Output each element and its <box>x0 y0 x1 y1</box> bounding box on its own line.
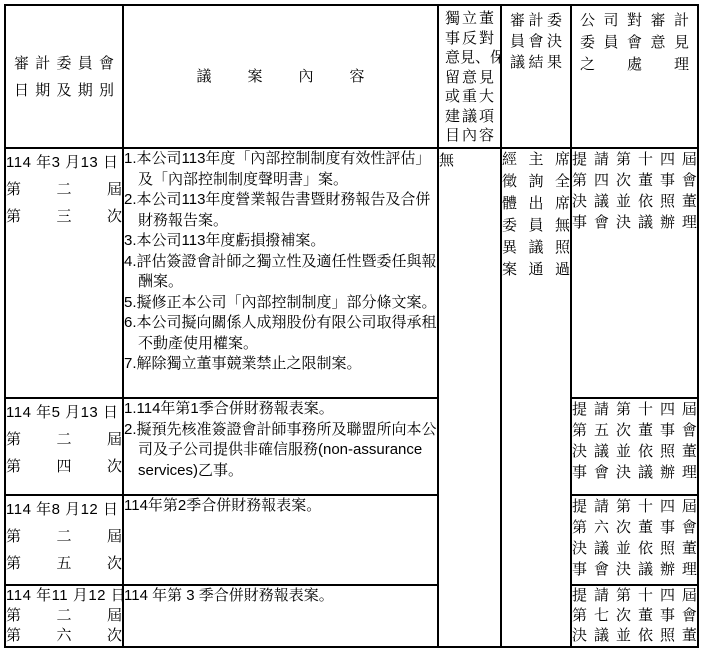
header-line: 或重大 <box>445 87 494 107</box>
meeting-term: 第二屆 <box>6 176 122 203</box>
header-line: 之處理 <box>580 54 689 76</box>
document-page: 審計委員會 日期及期別 議案內容 獨立董事反對意見、保留意見或重大建議項目內容 … <box>0 4 701 658</box>
handling-line: 事會決議辦理 <box>572 559 697 580</box>
meeting-session: 第五次 <box>6 550 122 577</box>
header-row: 審計委員會 日期及期別 議案內容 獨立董事反對意見、保留意見或重大建議項目內容 … <box>5 5 698 148</box>
audit-committee-table: 審計委員會 日期及期別 議案內容 獨立董事反對意見、保留意見或重大建議項目內容 … <box>4 4 699 648</box>
header-meeting-date-term: 審計委員會 日期及期別 <box>5 5 123 148</box>
handling-line: 事會決議辦理 <box>572 462 697 483</box>
handling-line: 第四次董事會 <box>572 170 697 191</box>
header-committee-resolution: 審計委員會決議結果 <box>501 5 571 148</box>
meeting-session: 第六次 <box>6 626 122 646</box>
header-line: 意見、保 <box>445 48 494 68</box>
resolution-line: 體出席 <box>502 193 570 215</box>
company-handling-cell: 提請第十四屆第六次董事會決議並依照董事會決議辦理 <box>571 495 698 585</box>
handling-line: 第七次董事會 <box>572 606 697 626</box>
header-line: 日期及期別 <box>14 77 114 104</box>
header-date-term-text: 審計委員會 日期及期別 <box>6 50 122 104</box>
meeting-row: 114 年8 月12 日 第二屆 第五次 114年第2季合併財務報表案。 提請第… <box>5 495 698 585</box>
resolution-line: 委員無 <box>502 215 570 237</box>
resolution-line: 徵詢全 <box>502 171 570 193</box>
independent-director-opinion-cell: 無 <box>438 148 501 647</box>
handling-line: 提請第十四屆 <box>572 399 697 420</box>
meeting-date: 114 年3 月13 日 <box>6 149 122 176</box>
agenda-item: 5.擬修正本公司「內部控制制度」部分條文案。 <box>124 293 437 314</box>
agenda-item: 2.擬預先核准簽證會計師事務所及聯盟所向本公司及子公司提供非確信服務(non-a… <box>124 420 437 482</box>
resolution-line: 異議照 <box>502 237 570 259</box>
header-line: 審計委員會 <box>14 50 114 77</box>
header-line: 獨立董 <box>445 9 494 29</box>
agenda-item: 3.本公司113年度虧損撥補案。 <box>124 231 437 252</box>
opinion-text: 無 <box>439 149 500 170</box>
handling-line: 事會決議辦理 <box>572 212 697 233</box>
agenda-item: 1.本公司113年度「內部控制制度有效性評估」及「內部控制制度聲明書」案。 <box>124 149 437 190</box>
meeting-date: 114 年8 月12 日 <box>6 496 122 523</box>
agenda-content-cell: 1.本公司113年度「內部控制制度有效性評估」及「內部控制制度聲明書」案。2.本… <box>123 148 438 398</box>
meeting-date: 114 年5 月13 日 <box>6 399 122 426</box>
meeting-row: 114 年3 月13 日 第二屆 第三次 1.本公司113年度「內部控制制度有效… <box>5 148 698 398</box>
meeting-date-term-cell: 114 年5 月13 日 第二屆 第四次 <box>5 398 123 495</box>
handling-line: 提請第十四屆 <box>572 586 697 606</box>
handling-line: 第六次董事會 <box>572 517 697 538</box>
company-handling-cell: 提請第十四屆第五次董事會決議並依照董事會決議辦理 <box>571 398 698 495</box>
header-company-handling: 公司對審計委員會意見之處理 <box>571 5 698 148</box>
header-line: 委員會意見 <box>580 32 689 54</box>
meeting-term: 第二屆 <box>6 426 122 453</box>
meeting-term: 第二屆 <box>6 523 122 550</box>
resolution-line: 經主席 <box>502 149 570 171</box>
meeting-session: 第四次 <box>6 453 122 480</box>
header-line: 員會決 <box>510 31 562 52</box>
handling-line: 提請第十四屆 <box>572 496 697 517</box>
agenda-content-cell: 1.114年第1季合併財務報表案。2.擬預先核准簽證會計師事務所及聯盟所向本公司… <box>123 398 438 495</box>
header-line: 審計委 <box>510 10 562 31</box>
header-line: 議結果 <box>510 52 562 73</box>
resolution-line: 案通過 <box>502 259 570 281</box>
agenda-content-cell: 114年第2季合併財務報表案。 <box>123 495 438 585</box>
agenda-item: 2.本公司113年度營業報告書暨財務報告及合併財務報告案。 <box>124 190 437 231</box>
agenda-item: 114 年第 3 季合併財務報表案。 <box>124 586 437 607</box>
agenda-item: 1.114年第1季合併財務報表案。 <box>124 399 437 420</box>
agenda-item: 6.本公司擬向關係人成翔股份有限公司取得承租不動產使用權案。 <box>124 313 437 354</box>
header-line: 公司對審計 <box>580 10 689 32</box>
agenda-item: 114年第2季合併財務報表案。 <box>124 496 437 517</box>
header-line: 建議項 <box>445 107 494 127</box>
meeting-date-term-cell: 114 年8 月12 日 第二屆 第五次 <box>5 495 123 585</box>
committee-resolution-cell: 經主席徵詢全體出席委員無異議照案通過 <box>501 148 571 647</box>
company-handling-cell: 提請第十四屆第七次董事會決議並依照董 <box>571 585 698 647</box>
handling-line: 決議並依照董 <box>572 191 697 212</box>
meeting-date-term-cell: 114 年11 月12 日 第二屆 第六次 <box>5 585 123 647</box>
meeting-term: 第二屆 <box>6 606 122 626</box>
handling-line: 提請第十四屆 <box>572 149 697 170</box>
handling-line: 第五次董事會 <box>572 420 697 441</box>
agenda-item: 7.解除獨立董事競業禁止之限制案。 <box>124 354 437 375</box>
header-line: 目內容 <box>445 126 494 146</box>
meeting-row: 114 年5 月13 日 第二屆 第四次 1.114年第1季合併財務報表案。2.… <box>5 398 698 495</box>
meeting-date: 114 年11 月12 日 <box>6 586 122 606</box>
header-agenda-content: 議案內容 <box>123 5 438 148</box>
agenda-item: 4.評估簽證會計師之獨立性及適任性暨委任與報酬案。 <box>124 252 437 293</box>
agenda-content-cell: 114 年第 3 季合併財務報表案。 <box>123 585 438 647</box>
header-line: 留意見 <box>445 68 494 88</box>
meeting-date-term-cell: 114 年3 月13 日 第二屆 第三次 <box>5 148 123 398</box>
header-line: 事反對 <box>445 29 494 49</box>
handling-line: 決議並依照董 <box>572 538 697 559</box>
header-agenda-text: 議案內容 <box>197 66 365 88</box>
handling-line: 決議並依照董 <box>572 441 697 462</box>
meeting-session: 第三次 <box>6 203 122 230</box>
company-handling-cell: 提請第十四屆第四次董事會決議並依照董事會決議辦理 <box>571 148 698 398</box>
meeting-row: 114 年11 月12 日 第二屆 第六次 114 年第 3 季合併財務報表案。… <box>5 585 698 647</box>
handling-line: 決議並依照董 <box>572 626 697 646</box>
header-independent-director-opinion: 獨立董事反對意見、保留意見或重大建議項目內容 <box>438 5 501 148</box>
